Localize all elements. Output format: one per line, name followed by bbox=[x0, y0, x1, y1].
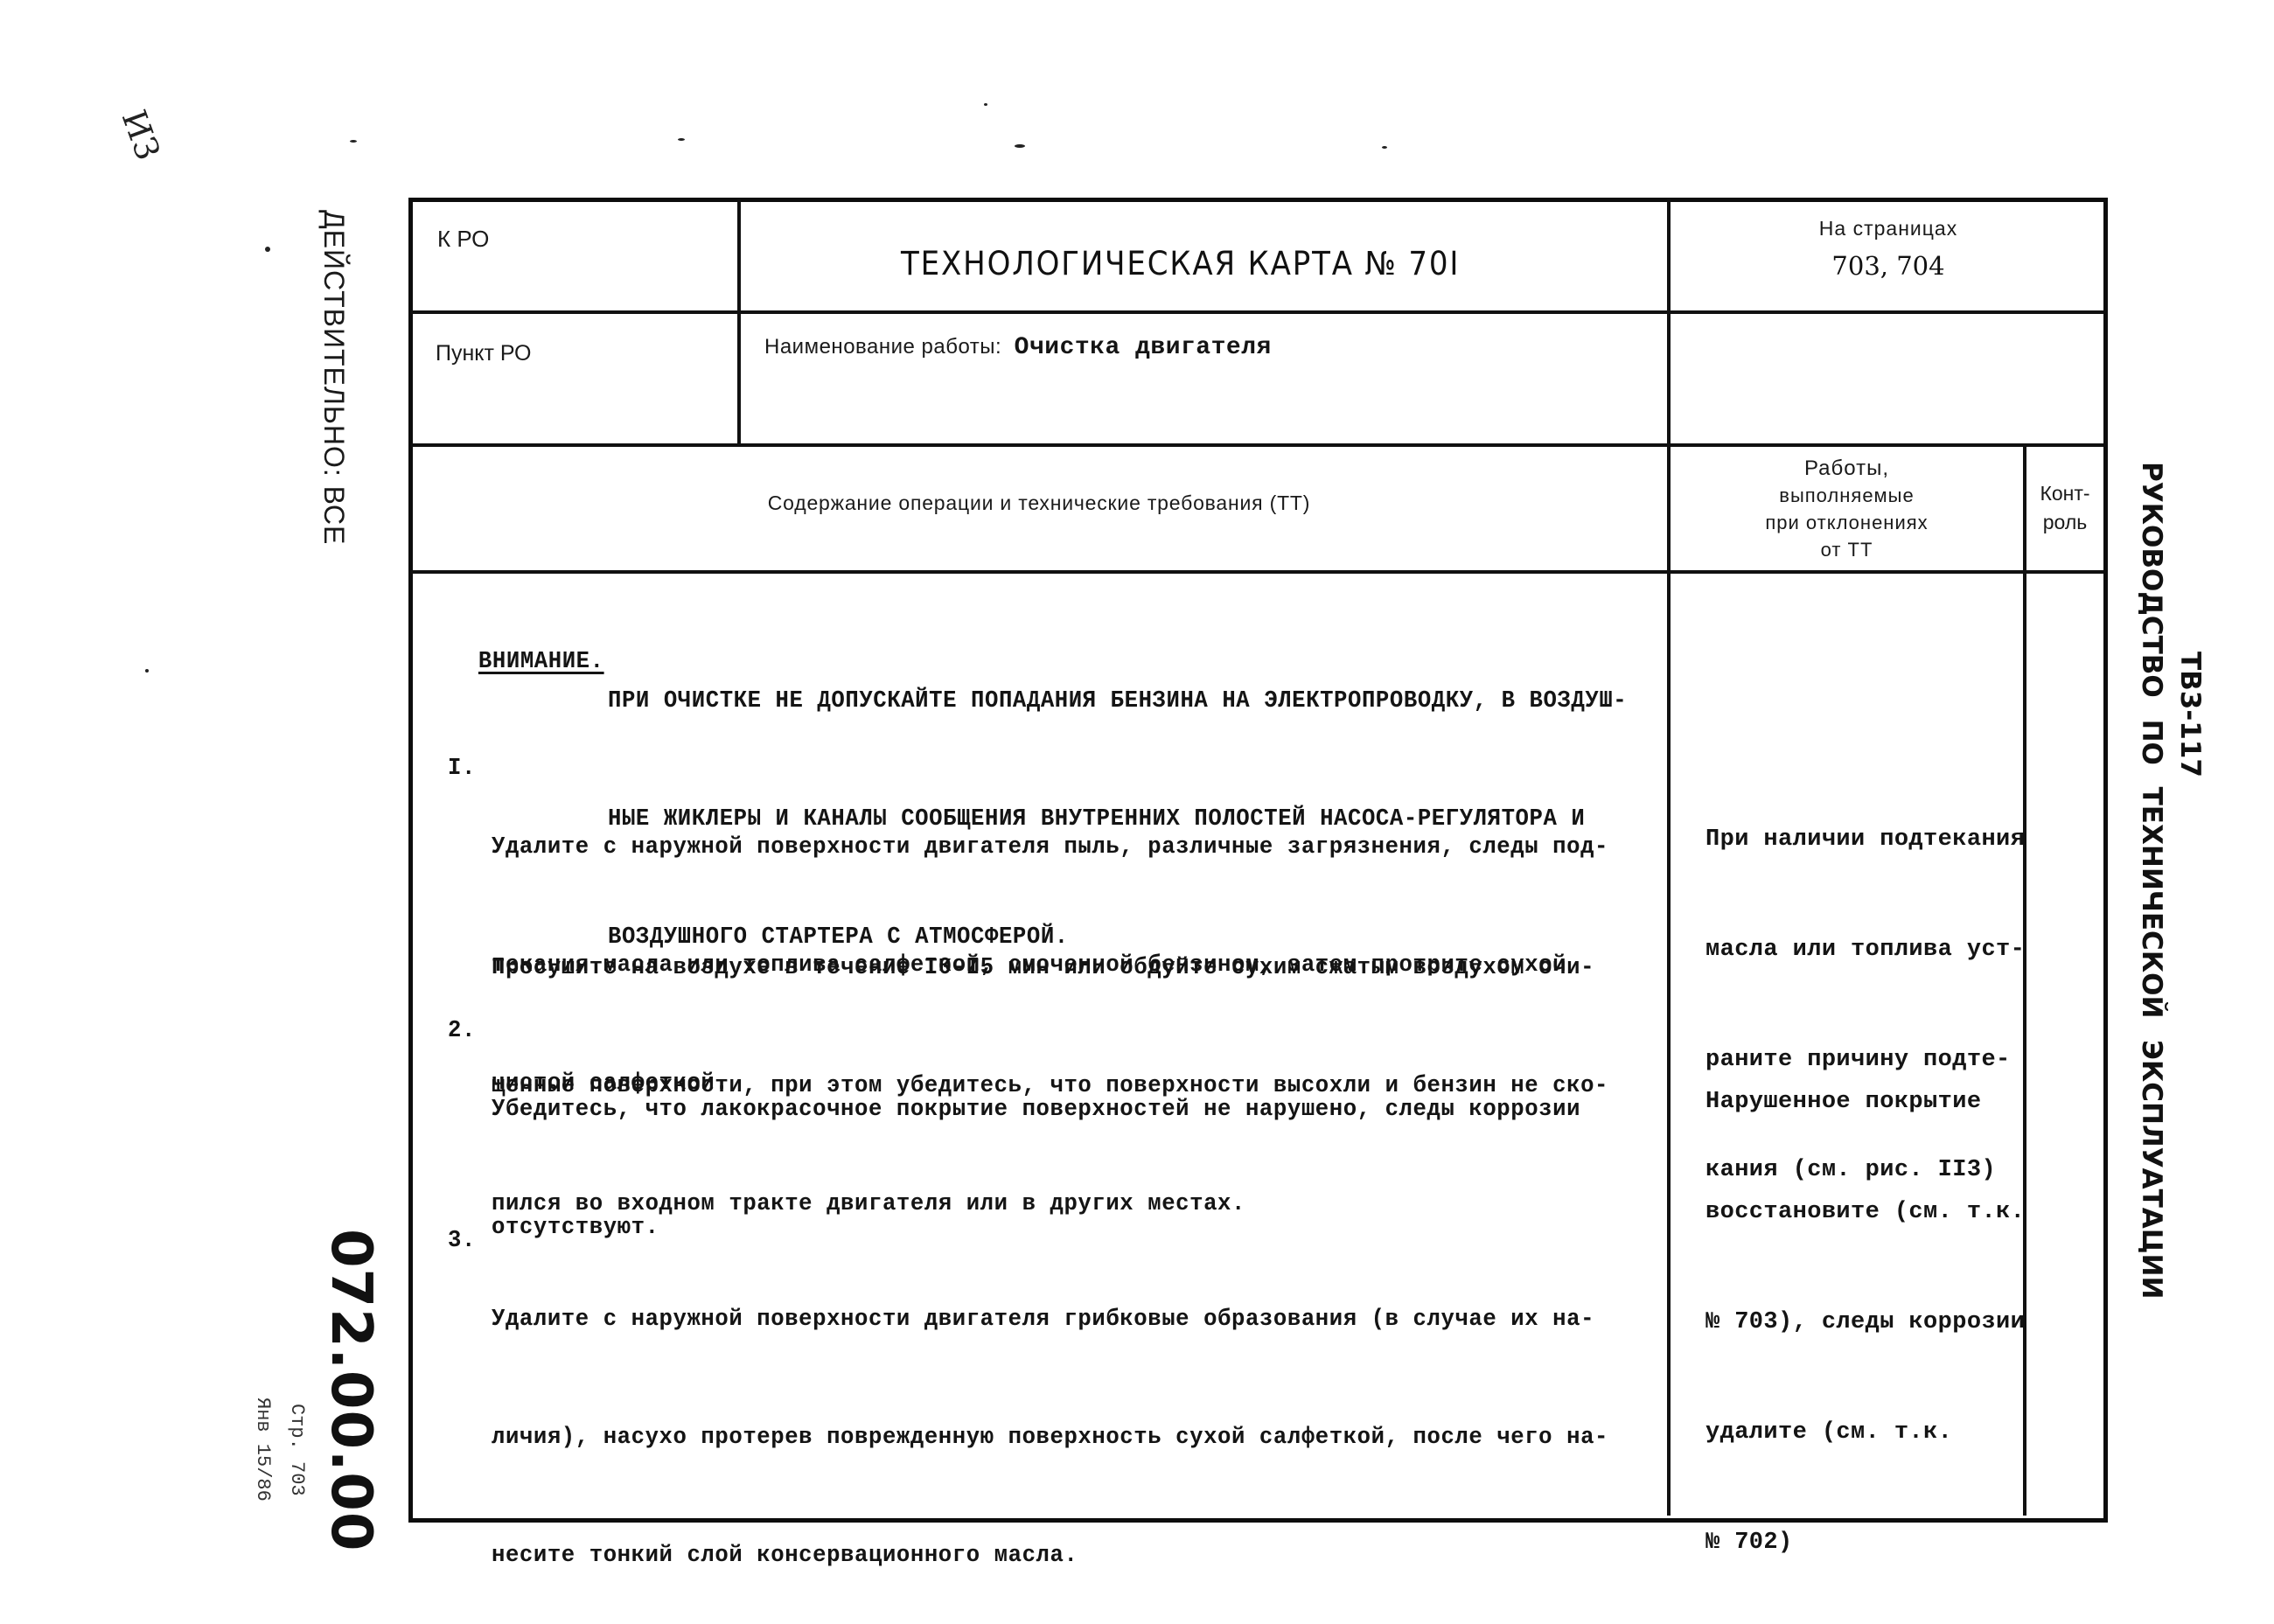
step-line: несите тонкий слой консервационного масл… bbox=[492, 1537, 1608, 1576]
card-title: ТЕХНОЛОГИЧЕСКАЯ КАРТА № 70I bbox=[901, 245, 1460, 282]
scan-speck bbox=[350, 140, 357, 143]
deviation-line: восстановите (см. т.к. bbox=[1705, 1194, 2025, 1230]
deviation-line: № 703), следы коррозии bbox=[1705, 1304, 2025, 1341]
k-ro-label: К РО bbox=[437, 226, 489, 253]
scan-speck bbox=[678, 138, 685, 141]
row-divider bbox=[411, 570, 2103, 574]
handwritten-mark: ИЗ bbox=[115, 105, 168, 164]
step-2-deviation: Нарушенное покрытие восстановите (см. т.… bbox=[1705, 1010, 2025, 1598]
manual-title: РУКОВОДСТВО ПО ТЕХНИЧЕСКОЙ ЭКСПЛУАТАЦИИ bbox=[2136, 462, 2167, 1299]
column-divider bbox=[737, 199, 741, 445]
pages-value: 703, 704 bbox=[1671, 251, 2106, 281]
deviation-column-header: Работы, выполняемые при отклонениях от Т… bbox=[1671, 455, 2023, 563]
scan-speck bbox=[1382, 146, 1387, 149]
deviation-line: удалите (см. т.к. bbox=[1705, 1414, 2025, 1451]
deviation-header-line: при отклонениях bbox=[1671, 509, 2023, 536]
scan-speck bbox=[984, 103, 987, 106]
step-line: Удалите с наружной поверхности двигателя… bbox=[492, 1300, 1608, 1340]
warning-label: ВНИМАНИЕ. bbox=[478, 649, 604, 675]
column-divider bbox=[1667, 199, 1671, 1516]
row-divider bbox=[411, 443, 2103, 447]
warning-block: ВНИМАНИЕ. bbox=[450, 603, 604, 682]
step-line: личия), насухо протерев поврежденную пов… bbox=[492, 1418, 1608, 1458]
work-name-value: Очистка двигателя bbox=[1015, 334, 1272, 361]
punkt-ro-label: Пункт РО bbox=[436, 341, 531, 366]
step-2-number: 2. bbox=[448, 1012, 476, 1051]
page-number-label: Стр. 703 bbox=[286, 1404, 308, 1496]
deviation-line: Нарушенное покрытие bbox=[1705, 1084, 2025, 1120]
control-header-line: роль bbox=[2026, 508, 2103, 537]
deviation-line: № 702) bbox=[1705, 1524, 2025, 1561]
deviation-line: При наличии подтекания bbox=[1705, 821, 2025, 858]
control-header-line: Конт- bbox=[2026, 479, 2103, 508]
step-3-text: Удалите с наружной поверхности двигателя… bbox=[492, 1222, 1608, 1615]
deviation-header-line: выполняемые bbox=[1671, 482, 2023, 509]
scan-speck bbox=[265, 247, 270, 252]
revision-date: Янв 15/86 bbox=[252, 1397, 274, 1502]
scan-speck bbox=[1015, 144, 1025, 148]
document-code: 072.00.00 bbox=[318, 1229, 383, 1551]
deviation-header-line: Работы, bbox=[1671, 455, 2023, 482]
validity-note: ДЕЙСТВИТЕЛЬНО: ВСЕ bbox=[317, 210, 350, 545]
warning-line: ПРИ ОЧИСТКЕ НЕ ДОПУСКАЙТЕ ПОПАДАНИЯ БЕНЗ… bbox=[608, 682, 1627, 721]
deviation-line: масла или топлива уст- bbox=[1705, 931, 2025, 968]
scan-speck bbox=[145, 669, 149, 673]
step-1-number: I. bbox=[448, 749, 476, 789]
deviation-header-line: от ТТ bbox=[1671, 536, 2023, 563]
step-line: Просушите на воздухе в течение I0-I5 мин… bbox=[492, 949, 1608, 988]
step-line: Удалите с наружной поверхности двигателя… bbox=[492, 828, 1608, 868]
work-name: Наименование работы: Очистка двигателя bbox=[764, 334, 1272, 361]
content-column-header: Содержание операции и технические требов… bbox=[411, 491, 1667, 515]
row-divider bbox=[411, 310, 2103, 314]
step-line: Убедитесь, что лакокрасочное покрытие по… bbox=[492, 1091, 1580, 1130]
control-column-header: Конт- роль bbox=[2026, 479, 2103, 537]
step-3-number: 3. bbox=[448, 1222, 476, 1261]
pages-label: На страницах bbox=[1671, 217, 2106, 240]
engine-model: ТВ3-117 bbox=[2174, 652, 2206, 777]
work-name-label: Наименование работы: bbox=[764, 335, 1001, 359]
